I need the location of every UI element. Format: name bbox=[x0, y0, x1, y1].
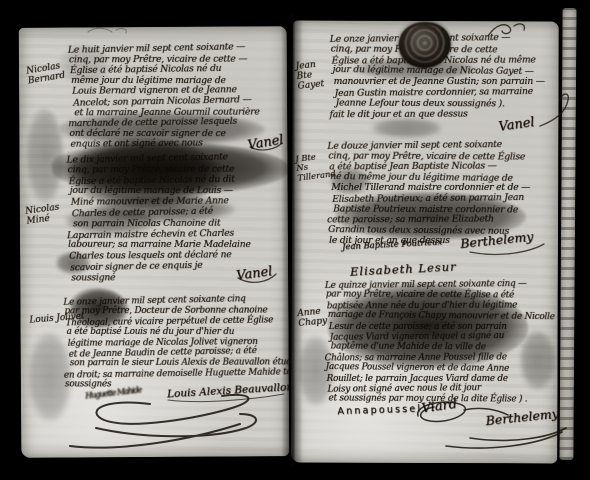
signature: Vanel bbox=[235, 264, 273, 284]
right-page: Jean Bte GayetLe onze janvier mil sept c… bbox=[291, 21, 559, 464]
handwritten-line: enquis et ont signé avec nous bbox=[70, 138, 202, 150]
signature: Annapoussel bbox=[337, 404, 422, 418]
binding-gutter bbox=[281, 14, 303, 466]
handwritten-line: en droit; sa marraine demoiselle Huguett… bbox=[64, 367, 290, 381]
handwritten-line: soussigné bbox=[71, 272, 115, 283]
handwritten-line: a été baptisé Louis né du jour d'hier du bbox=[67, 327, 235, 337]
handwritten-line: soussignés bbox=[65, 380, 111, 390]
handwritten-line: Rouillet; le parrain Jacques Viard dame … bbox=[327, 374, 508, 384]
signature: Vanel bbox=[246, 132, 284, 153]
handwritten-line: par moy Prêtre, vicaire de cette Église … bbox=[326, 290, 514, 301]
handwritten-line: scavoir signer de ce enquis je bbox=[70, 260, 202, 274]
scanned-register-photo: Nicolas BernardLe huit janvier mil sept … bbox=[0, 0, 590, 480]
signature: Vanel bbox=[498, 115, 536, 135]
handwritten-line: Jacques Poussel vigneron et de dame Anne bbox=[326, 362, 510, 374]
left-page: Nicolas BernardLe huit janvier mil sept … bbox=[19, 26, 290, 458]
signature: Berthelemy bbox=[485, 406, 559, 428]
handwritten-line: mariage de François Chapy manouvrier et … bbox=[328, 310, 555, 322]
handwritten-line: Jeanne Lefour tous deux soussignés ). bbox=[335, 97, 504, 109]
handwritten-line: Lesur de cette paroisse; a été son parra… bbox=[329, 322, 507, 332]
margin-note: Nicolas Miné bbox=[25, 203, 61, 227]
signature: Viard bbox=[421, 397, 458, 417]
page-edge-strip bbox=[559, 8, 576, 460]
signature: Louis Alexis Beauvallon bbox=[167, 381, 290, 400]
handwritten-line: fait le dit jour et an que dessus bbox=[329, 108, 467, 120]
handwritten-line: baptême d'une Mahide de la ville de bbox=[331, 342, 486, 353]
record-header-signature: Elisabeth Lesur bbox=[350, 259, 457, 278]
margin-note: Nicolas Bernard bbox=[26, 61, 66, 87]
